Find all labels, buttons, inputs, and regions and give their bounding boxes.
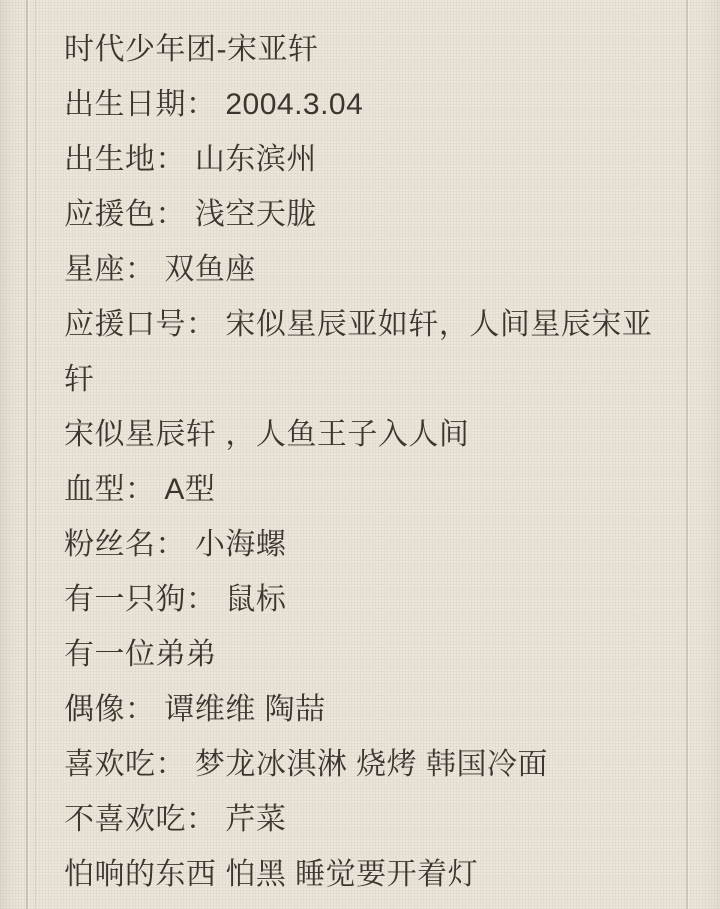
profile-text-line: 应援色： 浅空天胧 [64, 187, 690, 242]
profile-text-line: 怕响的东西 怕黑 睡觉要开着灯 [64, 847, 690, 902]
profile-text-line: 应援口号： 宋似星辰亚如轩，人间星辰宋亚 [64, 297, 690, 352]
profile-text-line: 出生日期： 2004.3.04 [64, 77, 690, 132]
paper-background: 时代少年团-宋亚轩出生日期： 2004.3.04出生地： 山东滨州应援色： 浅空… [0, 0, 720, 909]
profile-text-line: 喜欢吃： 梦龙冰淇淋 烧烤 韩国冷面 [64, 737, 690, 792]
profile-text-line: 出生地： 山东滨州 [64, 132, 690, 187]
paper-crease-left-outer [26, 0, 28, 909]
paper-crease-left-inner [35, 0, 36, 909]
idol-profile-text-block: 时代少年团-宋亚轩出生日期： 2004.3.04出生地： 山东滨州应援色： 浅空… [64, 22, 690, 902]
profile-text-line: 星座： 双鱼座 [64, 242, 690, 297]
profile-text-line: 血型： A型 [64, 462, 690, 517]
profile-text-line: 时代少年团-宋亚轩 [64, 22, 690, 77]
profile-text-line: 不喜欢吃： 芹菜 [64, 792, 690, 847]
profile-text-line: 宋似星辰轩 ，人鱼王子入人间 [64, 407, 690, 462]
profile-text-line: 轩 [64, 352, 690, 407]
profile-text-line: 有一位弟弟 [64, 627, 690, 682]
profile-text-line: 粉丝名： 小海螺 [64, 517, 690, 572]
profile-text-line: 偶像： 谭维维 陶喆 [64, 682, 690, 737]
profile-text-line: 有一只狗： 鼠标 [64, 572, 690, 627]
